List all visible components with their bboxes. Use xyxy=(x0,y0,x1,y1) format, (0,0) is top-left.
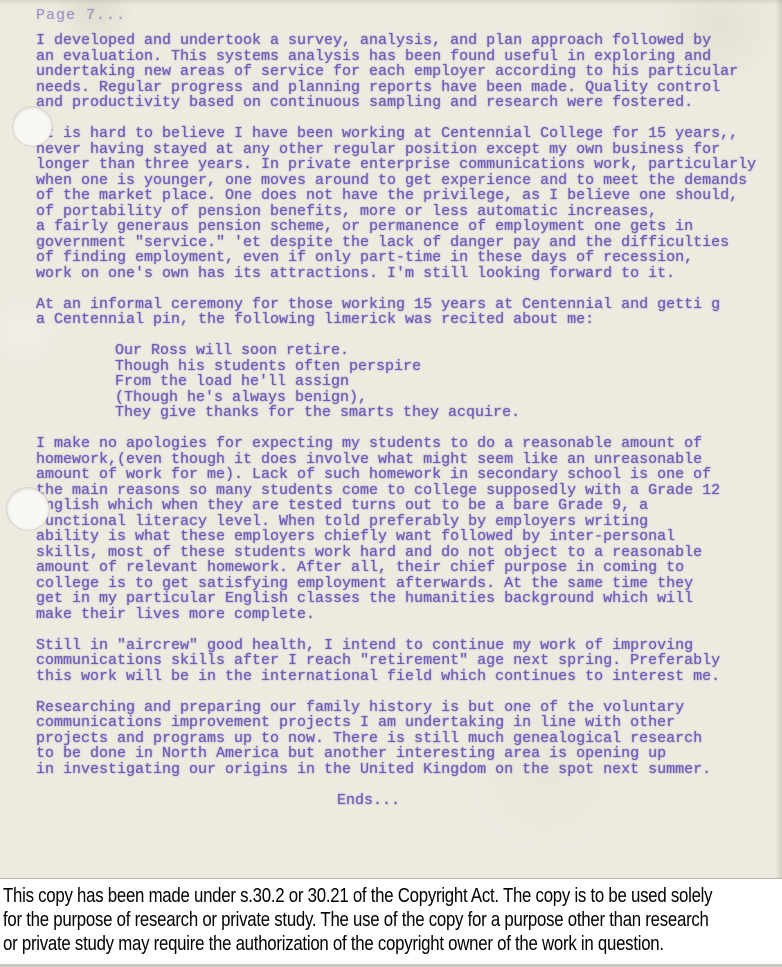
punch-hole-middle xyxy=(7,488,49,530)
paragraph-informal-ceremony: At an informal ceremony for those workin… xyxy=(36,297,782,328)
punch-hole-top xyxy=(13,107,52,146)
limerick-verse: Our Ross will soon retire. Though his st… xyxy=(36,343,782,421)
copyright-line: This copy has been made under s.30.2 or … xyxy=(3,884,657,908)
paragraph-survey-analysis: I developed and undertook a survey, anal… xyxy=(36,33,782,111)
paragraph-homework-apologies: I make no apologies for expecting my stu… xyxy=(36,436,782,622)
copyright-line: for the purpose of research or private s… xyxy=(3,908,657,932)
scanned-document-page: Page 7... I developed and undertook a su… xyxy=(0,0,782,878)
paragraph-family-history: Researching and preparing our family his… xyxy=(36,700,782,778)
page-number-label: Page 7... xyxy=(36,8,782,24)
ending-mark: Ends... xyxy=(36,793,782,809)
paragraph-centennial-15-years: It is hard to believe I have been workin… xyxy=(36,126,782,281)
copyright-notice-strip: This copy has been made under s.30.2 or … xyxy=(0,878,782,967)
copyright-line: or private study may require the authori… xyxy=(3,932,657,956)
paragraph-aircrew-health: Still in "aircrew" good health, I intend… xyxy=(36,638,782,685)
